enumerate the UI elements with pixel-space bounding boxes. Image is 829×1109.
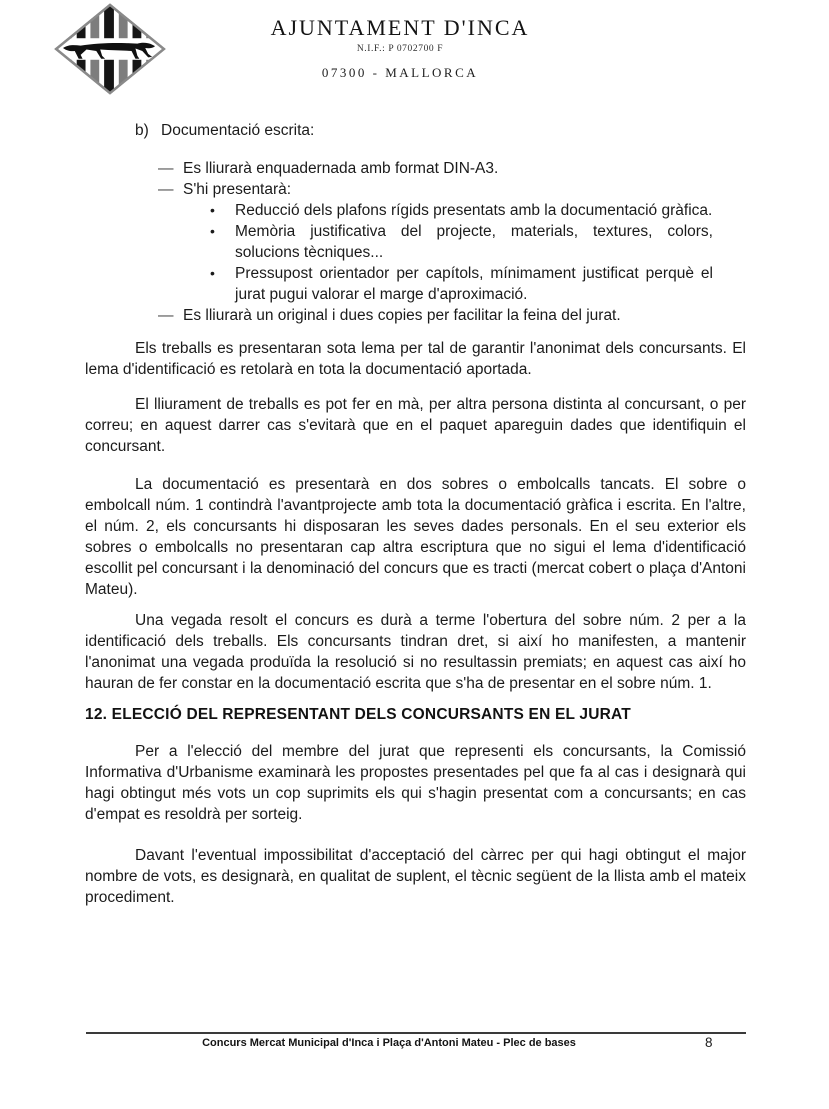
paragraph: Per a l'elecció del membre del jurat que… (85, 741, 746, 825)
dash-marker: — (158, 158, 183, 179)
dash-item-text: S'hi presentarà: (183, 179, 746, 200)
bullet-list-item: • Pressupost orientador per capítols, mí… (210, 263, 713, 305)
document-body: b)Documentació escrita: — Es lliurarà en… (85, 120, 746, 908)
footer-title: Concurs Mercat Municipal d'Inca i Plaça … (85, 1037, 693, 1049)
org-location: 07300 - MALLORCA (0, 65, 800, 81)
bullet-list-item: • Memòria justificativa del projecte, ma… (210, 221, 713, 263)
bullet-marker: • (210, 221, 235, 263)
item-b-text: Documentació escrita: (161, 122, 314, 139)
section-heading: 12. ELECCIÓ DEL REPRESENTANT DELS CONCUR… (85, 704, 746, 725)
list-item-b: b)Documentació escrita: (135, 120, 746, 141)
bullet-list-item: • Reducció dels plafons rígids presentat… (210, 200, 713, 221)
bullet-item-text: Pressupost orientador per capítols, míni… (235, 263, 713, 305)
org-title: AJUNTAMENT D'INCA (0, 15, 800, 41)
paragraph: La documentació es presentarà en dos sob… (85, 474, 746, 600)
dash-marker: — (158, 179, 183, 200)
dash-item-text: Es lliurarà enquadernada amb format DIN-… (183, 158, 746, 179)
letterhead: AJUNTAMENT D'INCA N.I.F.: P 0702700 F 07… (0, 15, 800, 81)
bullet-item-text: Reducció dels plafons rígids presentats … (235, 200, 713, 221)
footer-rule (86, 1032, 746, 1034)
paragraph: Una vegada resolt el concurs es durà a t… (85, 610, 746, 694)
dash-list-item: — S'hi presentarà: (158, 179, 746, 200)
item-b-label: b) (135, 120, 161, 141)
dash-marker: — (158, 305, 183, 326)
bullet-marker: • (210, 200, 235, 221)
org-nif: N.I.F.: P 0702700 F (0, 44, 800, 54)
bullet-marker: • (210, 263, 235, 305)
dash-item-text: Es lliurarà un original i dues copies pe… (183, 305, 746, 326)
page-number: 8 (705, 1035, 713, 1050)
bullet-item-text: Memòria justificativa del projecte, mate… (235, 221, 713, 263)
paragraph: Els treballs es presentaran sota lema pe… (85, 338, 746, 380)
document-page: AJUNTAMENT D'INCA N.I.F.: P 0702700 F 07… (0, 0, 829, 1109)
paragraph: El lliurament de treballs es pot fer en … (85, 394, 746, 457)
dash-list-item: — Es lliurarà enquadernada amb format DI… (158, 158, 746, 179)
paragraph: Davant l'eventual impossibilitat d'accep… (85, 845, 746, 908)
dash-list-item: — Es lliurarà un original i dues copies … (158, 305, 746, 326)
